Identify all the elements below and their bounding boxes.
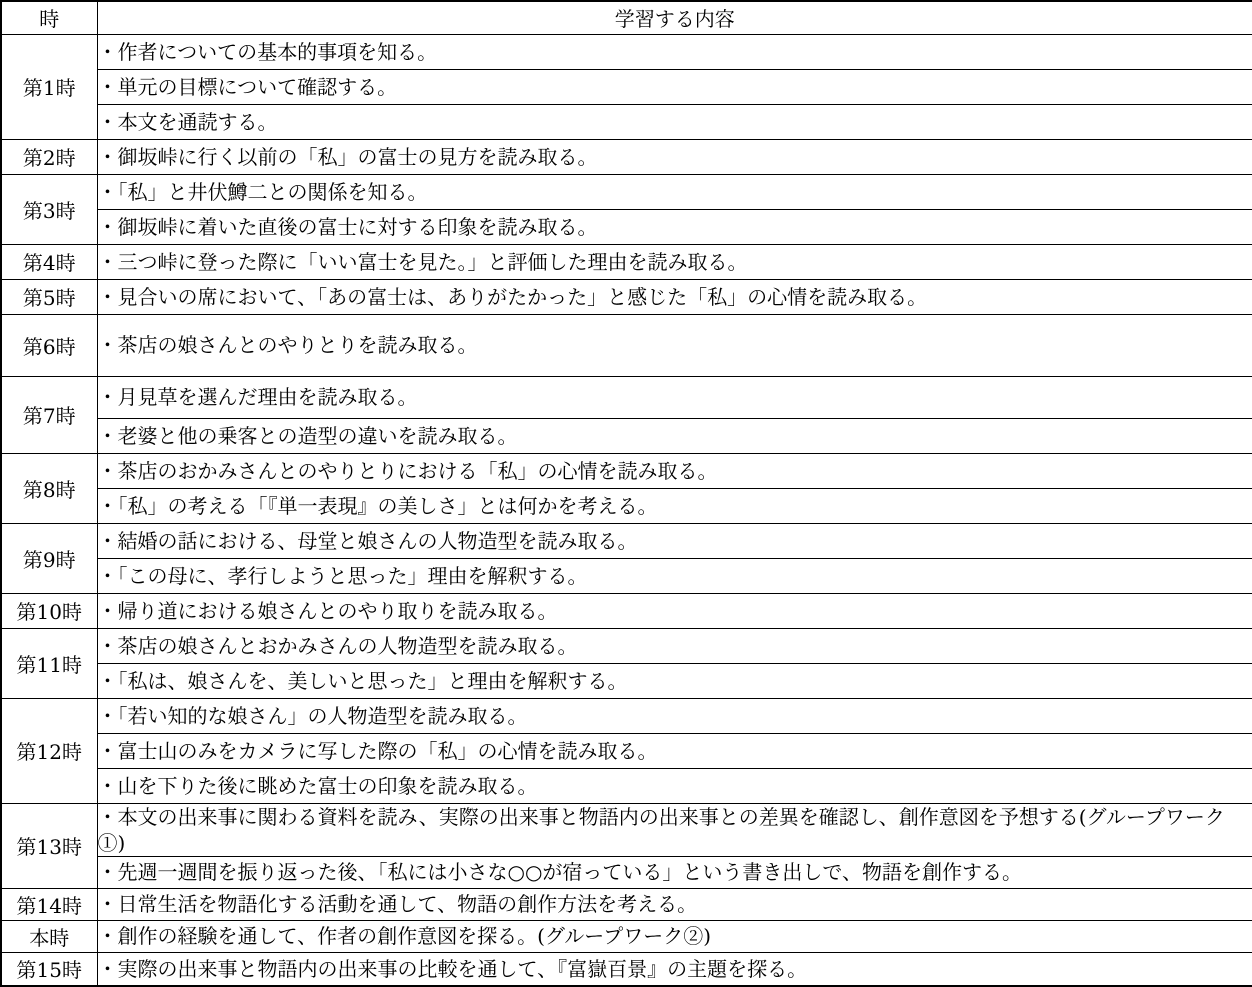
table-row: ・「私」の考える「『単一表現』の美しさ」とは何かを考える。 xyxy=(1,488,1252,523)
content-item: ・「私」と井伏鱒二との関係を知る。 xyxy=(97,174,1252,209)
table-row: 第2時 ・御坂峠に行く以前の「私」の富士の見方を読み取る。 xyxy=(1,139,1252,174)
table-row: 第14時 ・日常生活を物語化する活動を通して、物語の創作方法を考える。 xyxy=(1,888,1252,920)
content-item: ・「若い知的な娘さん」の人物造型を読み取る。 xyxy=(97,698,1252,733)
period-label-7: 第7時 xyxy=(1,376,97,453)
period-label-2: 第2時 xyxy=(1,139,97,174)
table-row: 第5時 ・見合いの席において、「あの富士は、ありがたかった」と感じた「私」の心情… xyxy=(1,279,1252,314)
content-item: ・先週一週間を振り返った後、「私には小さな○○が宿っている」という書き出しで、物… xyxy=(97,856,1252,888)
period-label-15: 第15時 xyxy=(1,952,97,986)
table-row: 第11時 ・茶店の娘さんとおかみさんの人物造型を読み取る。 xyxy=(1,628,1252,663)
content-item: ・単元の目標について確認する。 xyxy=(97,69,1252,104)
document-page: 時 学習する内容 第1時 ・作者についての基本的事項を知る。 ・単元の目標につい… xyxy=(0,0,1252,980)
period-label-3: 第3時 xyxy=(1,174,97,244)
content-item: ・日常生活を物語化する活動を通して、物語の創作方法を考える。 xyxy=(97,888,1252,920)
period-label-honji: 本時 xyxy=(1,920,97,952)
table-row: 第12時 ・「若い知的な娘さん」の人物造型を読み取る。 xyxy=(1,698,1252,733)
table-row: 第10時 ・帰り道における娘さんとのやり取りを読み取る。 xyxy=(1,593,1252,628)
content-item: ・「私」の考える「『単一表現』の美しさ」とは何かを考える。 xyxy=(97,488,1252,523)
table-row: ・先週一週間を振り返った後、「私には小さな○○が宿っている」という書き出しで、物… xyxy=(1,856,1252,888)
table-row: 第4時 ・三つ峠に登った際に「いい富士を見た。」と評価した理由を読み取る。 xyxy=(1,244,1252,279)
table-row: ・山を下りた後に眺めた富士の印象を読み取る。 xyxy=(1,768,1252,803)
table-row: ・「この母に、孝行しようと思った」理由を解釈する。 xyxy=(1,558,1252,593)
content-item: ・本文を通読する。 xyxy=(97,104,1252,139)
content-item: ・三つ峠に登った際に「いい富士を見た。」と評価した理由を読み取る。 xyxy=(97,244,1252,279)
period-label-9: 第9時 xyxy=(1,523,97,593)
content-item: ・創作の経験を通して、作者の創作意図を探る。(グループワーク②) xyxy=(97,920,1252,952)
table-row: ・本文を通読する。 xyxy=(1,104,1252,139)
content-item: ・結婚の話における、母堂と娘さんの人物造型を読み取る。 xyxy=(97,523,1252,558)
content-item: ・実際の出来事と物語内の出来事の比較を通して、『富嶽百景』の主題を探る。 xyxy=(97,952,1252,986)
lesson-plan-table: 時 学習する内容 第1時 ・作者についての基本的事項を知る。 ・単元の目標につい… xyxy=(0,0,1252,987)
period-label-1: 第1時 xyxy=(1,34,97,139)
table-row: 第13時 ・本文の出来事に関わる資料を読み、実際の出来事と物語内の出来事との差異… xyxy=(1,803,1252,856)
table-row: ・老婆と他の乗客との造型の違いを読み取る。 xyxy=(1,418,1252,453)
content-item: ・茶店の娘さんとおかみさんの人物造型を読み取る。 xyxy=(97,628,1252,663)
content-item: ・「私は、娘さんを、美しいと思った」と理由を解釈する。 xyxy=(97,663,1252,698)
table-row: 第8時 ・茶店のおかみさんとのやりとりにおける「私」の心情を読み取る。 xyxy=(1,453,1252,488)
table-row: 第6時 ・茶店の娘さんとのやりとりを読み取る。 xyxy=(1,314,1252,376)
table-row: ・「私は、娘さんを、美しいと思った」と理由を解釈する。 xyxy=(1,663,1252,698)
content-item: ・茶店のおかみさんとのやりとりにおける「私」の心情を読み取る。 xyxy=(97,453,1252,488)
table-row: 第1時 ・作者についての基本的事項を知る。 xyxy=(1,34,1252,69)
content-item: ・見合いの席において、「あの富士は、ありがたかった」と感じた「私」の心情を読み取… xyxy=(97,279,1252,314)
table-row: ・富士山のみをカメラに写した際の「私」の心情を読み取る。 xyxy=(1,733,1252,768)
content-item: ・御坂峠に着いた直後の富士に対する印象を読み取る。 xyxy=(97,209,1252,244)
content-item: ・作者についての基本的事項を知る。 xyxy=(97,34,1252,69)
table-row: 第15時 ・実際の出来事と物語内の出来事の比較を通して、『富嶽百景』の主題を探る… xyxy=(1,952,1252,986)
content-item: ・「この母に、孝行しようと思った」理由を解釈する。 xyxy=(97,558,1252,593)
header-period: 時 xyxy=(1,1,97,34)
table-row: 第7時 ・月見草を選んだ理由を読み取る。 xyxy=(1,376,1252,418)
table-row: 本時 ・創作の経験を通して、作者の創作意図を探る。(グループワーク②) xyxy=(1,920,1252,952)
period-label-6: 第6時 xyxy=(1,314,97,376)
content-item: ・老婆と他の乗客との造型の違いを読み取る。 xyxy=(97,418,1252,453)
content-item: ・本文の出来事に関わる資料を読み、実際の出来事と物語内の出来事との差異を確認し、… xyxy=(97,803,1252,856)
table-row: ・御坂峠に着いた直後の富士に対する印象を読み取る。 xyxy=(1,209,1252,244)
period-label-4: 第4時 xyxy=(1,244,97,279)
content-item: ・茶店の娘さんとのやりとりを読み取る。 xyxy=(97,314,1252,376)
content-item: ・富士山のみをカメラに写した際の「私」の心情を読み取る。 xyxy=(97,733,1252,768)
period-label-12: 第12時 xyxy=(1,698,97,803)
period-label-8: 第8時 xyxy=(1,453,97,523)
period-label-14: 第14時 xyxy=(1,888,97,920)
table-row: ・単元の目標について確認する。 xyxy=(1,69,1252,104)
period-label-13: 第13時 xyxy=(1,803,97,888)
content-item: ・山を下りた後に眺めた富士の印象を読み取る。 xyxy=(97,768,1252,803)
content-item: ・月見草を選んだ理由を読み取る。 xyxy=(97,376,1252,418)
content-item: ・帰り道における娘さんとのやり取りを読み取る。 xyxy=(97,593,1252,628)
content-item: ・御坂峠に行く以前の「私」の富士の見方を読み取る。 xyxy=(97,139,1252,174)
header-content: 学習する内容 xyxy=(97,1,1252,34)
table-row: 第9時 ・結婚の話における、母堂と娘さんの人物造型を読み取る。 xyxy=(1,523,1252,558)
table-header-row: 時 学習する内容 xyxy=(1,1,1252,34)
period-label-5: 第5時 xyxy=(1,279,97,314)
table-row: 第3時 ・「私」と井伏鱒二との関係を知る。 xyxy=(1,174,1252,209)
period-label-10: 第10時 xyxy=(1,593,97,628)
period-label-11: 第11時 xyxy=(1,628,97,698)
